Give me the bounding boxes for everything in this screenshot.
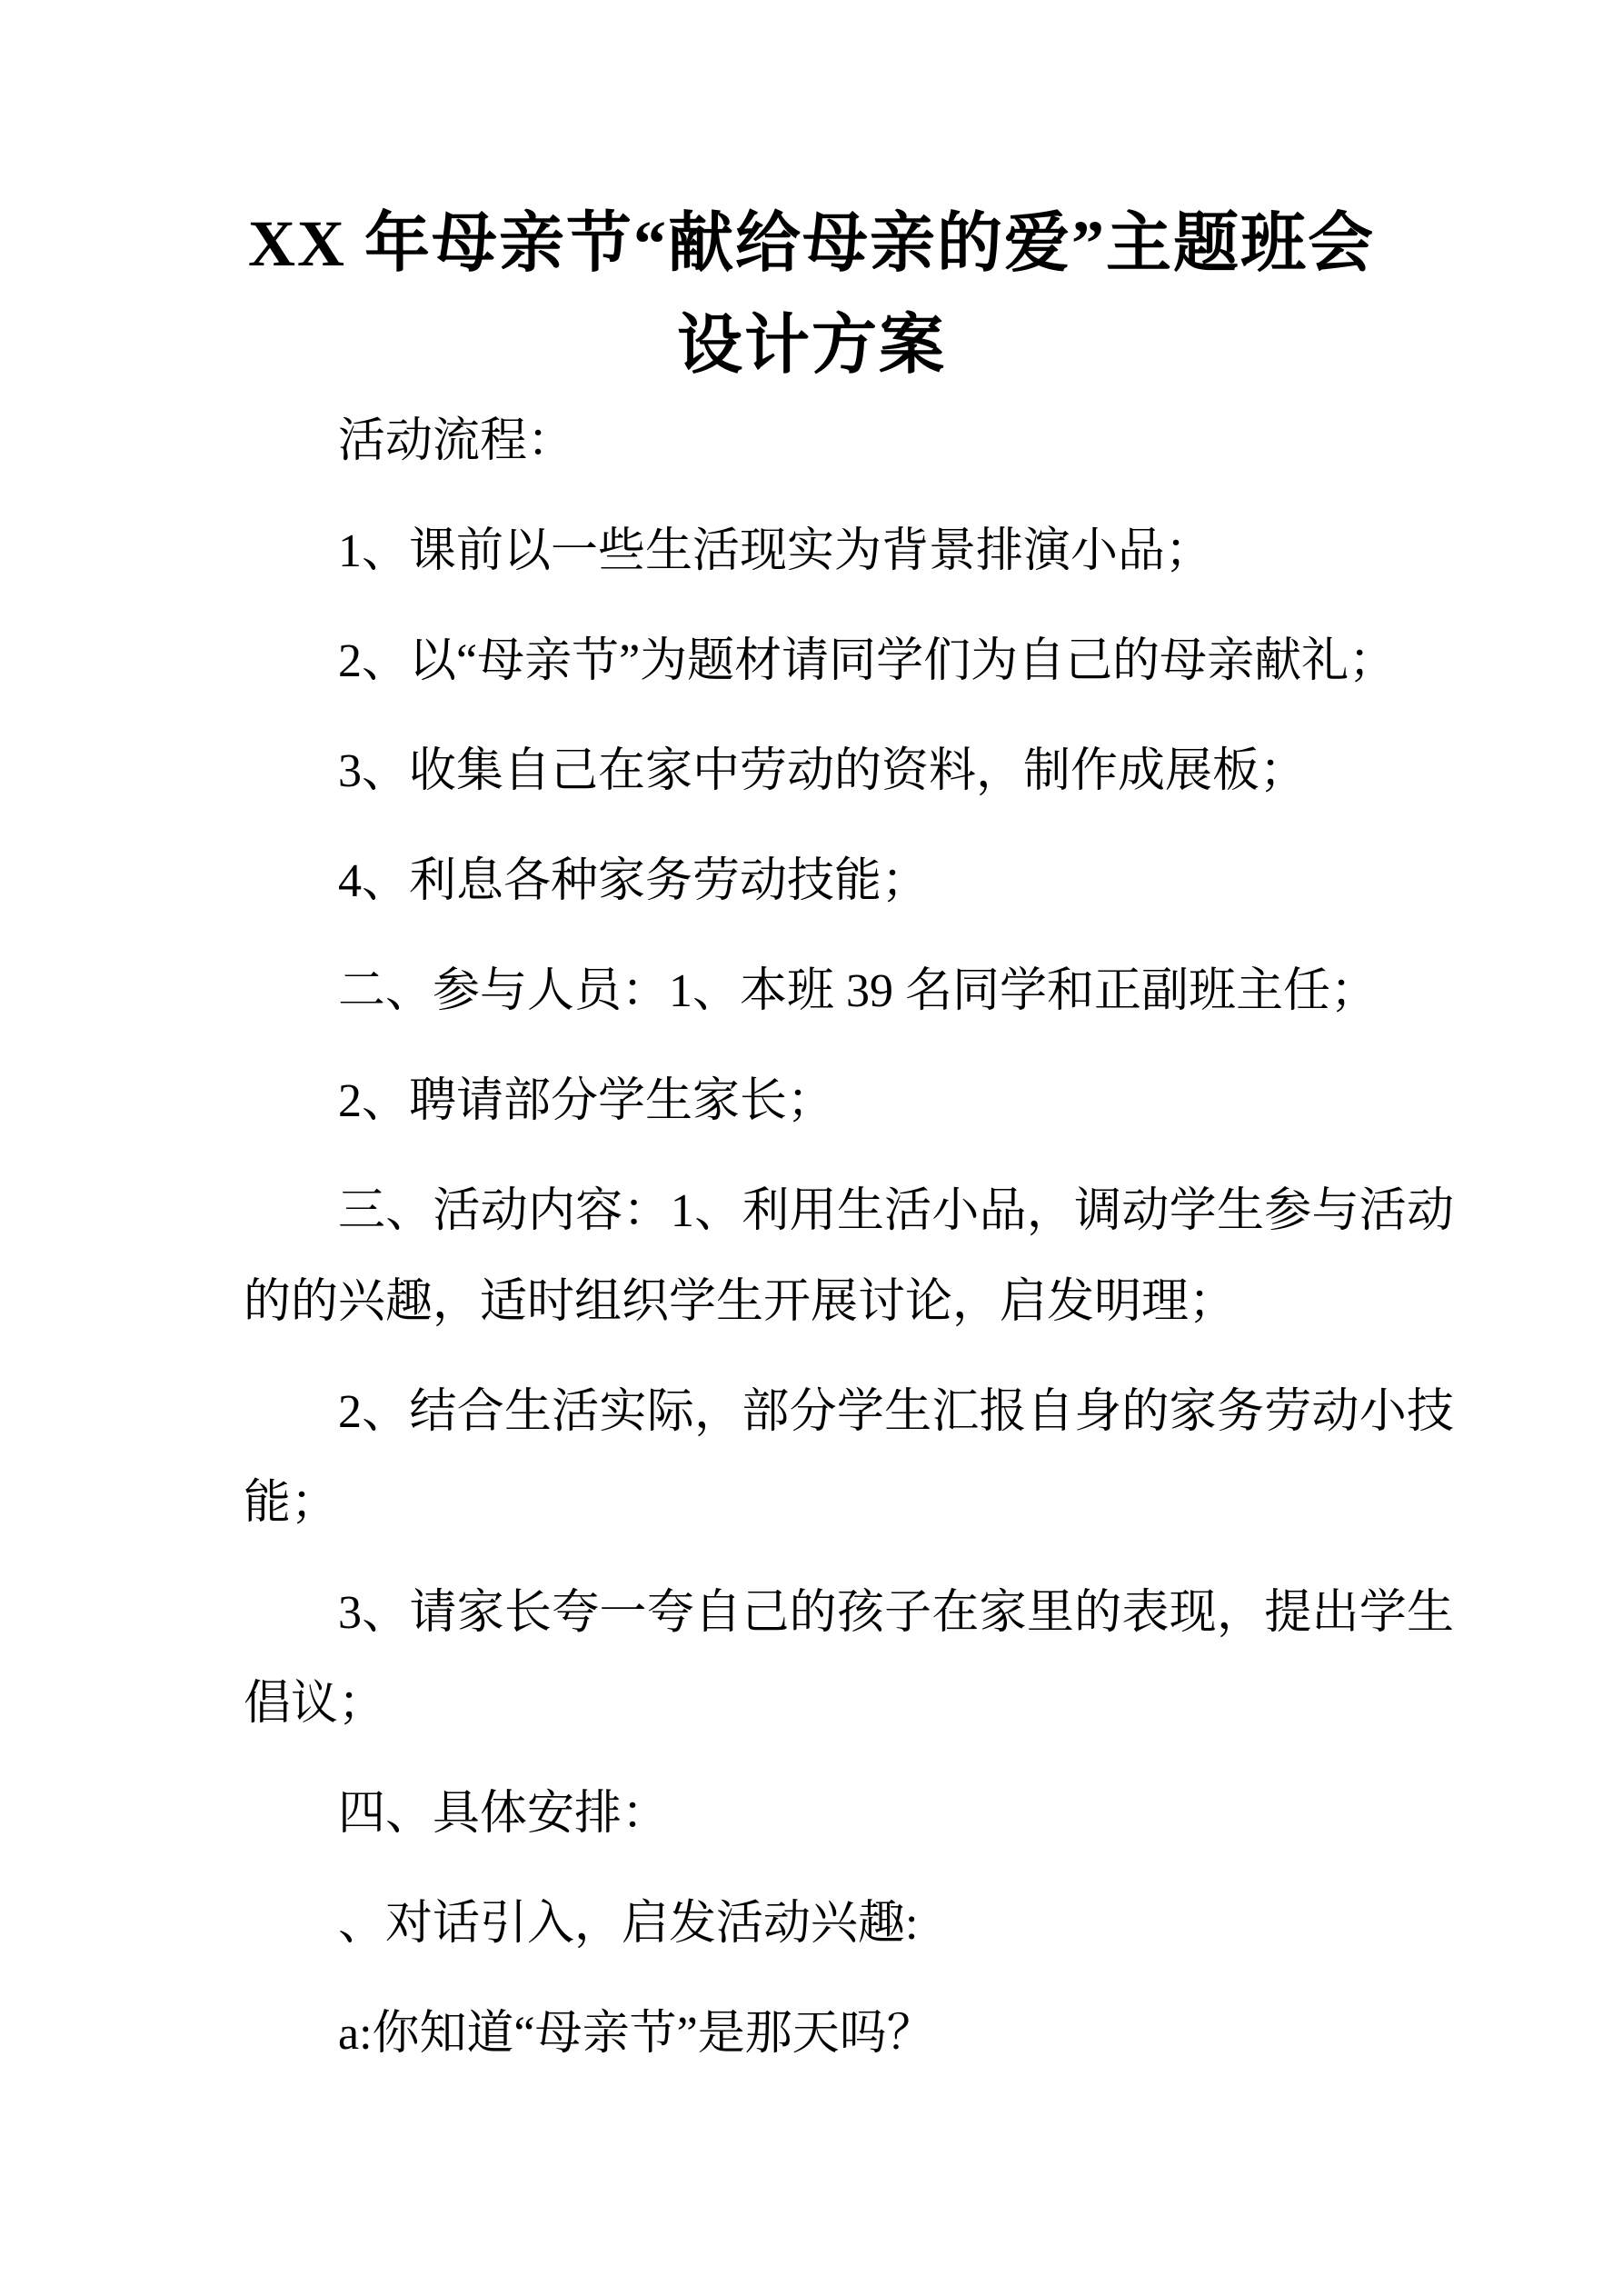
paragraph-item-4: 4、利息各种家务劳动技能； — [244, 836, 1454, 927]
paragraph-participants-2: 2、聘请部分学生家长； — [244, 1056, 1454, 1147]
paragraph-dialog-intro: 、对话引入，启发活动兴趣: — [244, 1879, 1454, 1970]
document-title: XX 年母亲节“献给母亲的爱”主题班会 设计方案 — [0, 193, 1623, 396]
document-title-line-1: XX 年母亲节“献给母亲的爱”主题班会 — [109, 193, 1514, 294]
paragraph-activity-content-3: 3、请家长夸一夸自己的孩子在家里的表现，提出学生倡议； — [244, 1568, 1454, 1750]
paragraph-item-3: 3、收集自己在家中劳动的资料，制作成展板； — [244, 726, 1454, 817]
paragraph-activity-content-2: 2、结合生活实际，部分学生汇报自身的家务劳动小技能； — [244, 1367, 1454, 1549]
document-page: XX 年母亲节“献给母亲的爱”主题班会 设计方案 活动流程： 1、课前以一些生活… — [0, 0, 1623, 2296]
document-body: 活动流程： 1、课前以一些生活现实为背景排演小品； 2、以“母亲节”为题材请同学… — [0, 396, 1623, 2080]
paragraph-activity-content-1: 三、活动内容：1、利用生活小品，调动学生参与活动的的兴趣，适时组织学生开展讨论，… — [244, 1166, 1454, 1348]
paragraph-item-1: 1、课前以一些生活现实为背景排演小品； — [244, 506, 1454, 597]
paragraph-activity-flow: 活动流程： — [244, 396, 1454, 487]
paragraph-participants: 二、参与人员：1、本班 39 名同学和正副班主任； — [244, 946, 1454, 1037]
paragraph-item-2: 2、以“母亲节”为题材请同学们为自己的母亲献礼； — [244, 616, 1454, 707]
paragraph-arrangement: 四、具体安排： — [244, 1769, 1454, 1860]
document-title-line-2: 设计方案 — [109, 294, 1514, 396]
paragraph-question-a: a:你知道“母亲节”是那天吗？ — [244, 1989, 1454, 2080]
